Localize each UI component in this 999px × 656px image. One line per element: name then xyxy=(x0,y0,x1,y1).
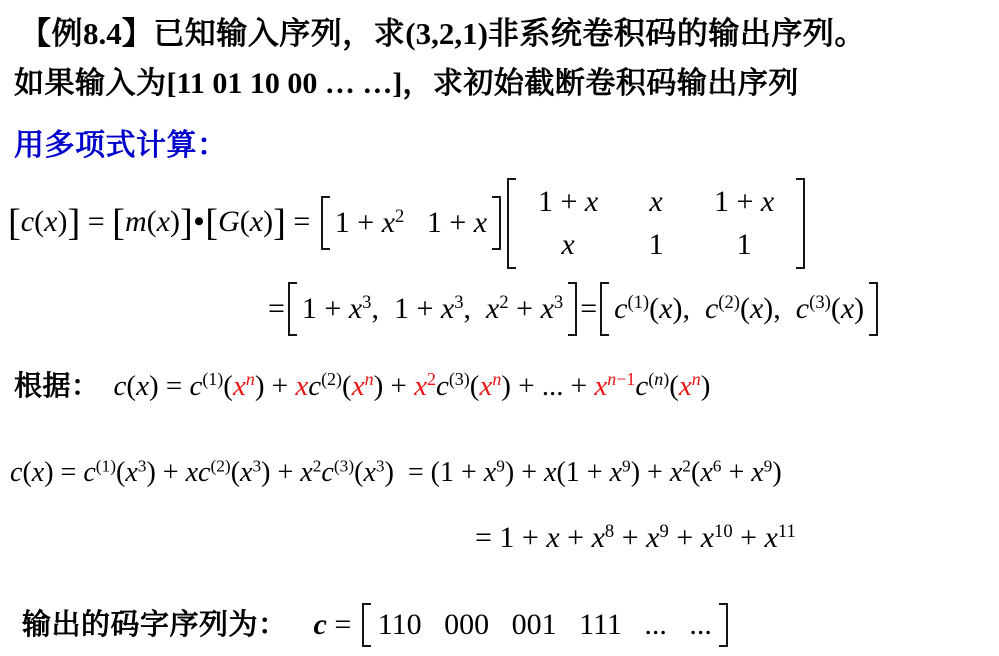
math-token: ( xyxy=(831,292,841,325)
right-bracket xyxy=(869,282,878,336)
math-token: c xyxy=(321,457,333,488)
math-token: (1) xyxy=(202,369,223,389)
math-token: x xyxy=(474,206,487,239)
math-token: x xyxy=(186,457,198,488)
subtitle: 如果输入为[11 01 10 00 … …]，求初始截断卷积码输出序列 xyxy=(14,58,799,102)
math-token: ( xyxy=(22,457,31,488)
right-bracket xyxy=(568,282,577,336)
right-bracket xyxy=(719,603,728,647)
section-heading: 用多项式计算： xyxy=(14,120,228,164)
math-token: 8.4 xyxy=(83,16,122,51)
math-token: 1 + xyxy=(427,206,474,239)
equation-result-vector: = 1 + x3, 1 + x3, x2 + x3 = c(1)(x), c(2… xyxy=(268,280,881,338)
output-c-equals: c = xyxy=(314,607,359,643)
math-token: 1 xyxy=(737,228,752,261)
page-title: 【例8.4】已知输入序列，求(3,2,1)非系统卷积码的输出序列。 xyxy=(20,8,866,53)
matrix-row: x11 xyxy=(524,227,788,263)
matrix-cell: 1 xyxy=(700,227,788,263)
math-token: (2) xyxy=(321,369,342,389)
math-token: ( xyxy=(231,457,240,488)
math-token: ( xyxy=(669,370,679,402)
math-token: + xyxy=(721,457,751,488)
math-token: 1 + xyxy=(714,185,761,218)
math-token: c xyxy=(189,370,202,402)
math-token: ( xyxy=(740,292,750,325)
matrix-grid: 1 + xx1 + xx11 xyxy=(516,178,796,269)
equation-substituted: c(x) = c(1)(x3) + xc(2)(x3) + x2c(3)(x3)… xyxy=(10,446,782,500)
left-bracket xyxy=(321,196,330,250)
math-token: (3) xyxy=(449,369,470,389)
matrix-cell: 1 xyxy=(612,227,700,263)
c-component-vector: c(1)(x), c(2)(x), c(3)(x) xyxy=(600,282,878,336)
matrix-cell: x xyxy=(612,184,700,220)
math-token: ) + ... + xyxy=(501,370,594,402)
math-token: x xyxy=(544,457,556,488)
math-token: x xyxy=(646,521,659,554)
math-token: x xyxy=(250,205,263,238)
output-label: 输出的码字序列为： xyxy=(22,608,288,643)
math-token: x xyxy=(561,228,574,261)
eq2-equals: = xyxy=(268,291,285,327)
slide: 【例8.4】已知输入序列，求(3,2,1)非系统卷积码的输出序列。 如果输入为[… xyxy=(0,0,999,656)
math-token: x xyxy=(240,457,252,488)
math-token: 8 xyxy=(605,521,614,542)
math-token xyxy=(404,206,427,239)
math-token: 1 + xyxy=(302,292,349,325)
math-token: • xyxy=(194,205,205,238)
math-token: ) = xyxy=(44,457,83,488)
math-token: ] xyxy=(180,202,193,244)
math-token: (1 + xyxy=(556,457,609,488)
math-token: x xyxy=(414,370,427,402)
math-token: −1 xyxy=(616,369,635,389)
math-token: x xyxy=(700,457,712,488)
math-token: x xyxy=(32,457,44,488)
math-token: = xyxy=(80,205,112,238)
math-token: x xyxy=(659,292,672,325)
math-token: ) xyxy=(57,205,67,238)
math-token: ( xyxy=(34,205,44,238)
substituted-formula: c(x) = c(1)(x3) + xc(2)(x3) + x2c(3)(x3)… xyxy=(10,456,782,490)
math-token: = xyxy=(580,292,597,325)
left-bracket xyxy=(600,282,609,336)
math-token: c xyxy=(21,205,34,238)
math-token: c xyxy=(796,292,809,325)
math-token: 2 xyxy=(499,292,508,313)
math-token: x xyxy=(592,521,605,554)
math-token: 3 xyxy=(554,292,563,313)
math-token: x xyxy=(441,292,454,325)
math-token: n xyxy=(492,369,501,389)
polynomial-vector: 1 + x3, 1 + x3, x2 + x3 xyxy=(288,282,577,336)
math-token: (3) xyxy=(809,292,831,313)
math-token: = xyxy=(286,205,318,238)
math-token: x xyxy=(585,185,598,218)
eq2-equals-2: = xyxy=(580,291,597,327)
math-token: 9 xyxy=(622,457,631,476)
final-polynomial: = 1 + x + x8 + x9 + x10 + x11 xyxy=(475,520,796,556)
math-token: x xyxy=(541,292,554,325)
math-token: ) + xyxy=(631,457,670,488)
math-token: x xyxy=(233,370,246,402)
math-token: [ xyxy=(112,202,125,244)
math-token: x xyxy=(594,370,607,402)
math-token: + xyxy=(509,292,541,325)
based-on-label: 根据： xyxy=(14,369,100,403)
math-token: x xyxy=(484,457,496,488)
math-token: ( xyxy=(342,370,352,402)
math-token: ( xyxy=(649,292,659,325)
codeword-sequence: 110 000 001 111 ... ... xyxy=(362,603,728,647)
math-token: x xyxy=(750,292,763,325)
math-token: ( xyxy=(223,370,233,402)
math-token: 1 xyxy=(649,228,664,261)
math-token: ) + xyxy=(146,457,185,488)
math-token: x xyxy=(751,457,763,488)
matrix-cell: x xyxy=(524,227,612,263)
math-token: ) + xyxy=(261,457,300,488)
math-token: (2) xyxy=(210,457,230,476)
math-token: ) + xyxy=(255,370,296,402)
output-codeword-line: 输出的码字序列为： c = 110 000 001 111 ... ... xyxy=(22,598,731,652)
math-token: x xyxy=(701,521,714,554)
math-token: + xyxy=(614,521,646,554)
math-token: , xyxy=(464,292,487,325)
right-bracket xyxy=(796,178,805,269)
math-token: ( xyxy=(147,205,157,238)
math-token: 2 xyxy=(682,457,691,476)
math-token: ) + xyxy=(505,457,544,488)
math-token: 10 xyxy=(714,521,733,542)
math-token: ( xyxy=(691,457,700,488)
math-token: (2) xyxy=(718,292,740,313)
math-token: ) xyxy=(854,292,864,325)
math-token: ] xyxy=(67,202,80,244)
math-token: 110 000 001 111 ... ... xyxy=(378,608,712,641)
math-token: 2 xyxy=(395,206,404,227)
equation-cx-matrix-product: [c(x)] = [m(x)]•[G(x)] = 1 + x2 1 + x 1 … xyxy=(8,176,808,270)
math-token: x xyxy=(157,205,170,238)
math-token: = xyxy=(327,608,359,641)
math-token: ( xyxy=(470,370,480,402)
math-token: 1 + xyxy=(335,206,382,239)
math-token: c xyxy=(10,457,22,488)
math-token: ) xyxy=(170,205,180,238)
math-token: G xyxy=(218,205,240,238)
math-token: 3 xyxy=(376,457,385,476)
math-token: n xyxy=(246,369,255,389)
math-token: ), xyxy=(672,292,705,325)
math-token: ) = xyxy=(149,370,190,402)
math-token: c xyxy=(635,370,648,402)
math-token: x xyxy=(649,185,662,218)
math-token: 3 xyxy=(252,457,261,476)
math-token: ) xyxy=(772,457,781,488)
eq1-prefix: [c(x)] = [m(x)]•[G(x)] = xyxy=(8,204,318,242)
math-token: + xyxy=(560,521,592,554)
math-token: n xyxy=(692,369,701,389)
math-token: n xyxy=(607,369,616,389)
math-token: c xyxy=(705,292,718,325)
equation-final-polynomial: = 1 + x + x8 + x9 + x10 + x11 xyxy=(475,510,796,566)
math-token: x xyxy=(841,292,854,325)
based-on-rule-line: 根据： c(x) = c(1)(xn) + xc(2)(xn) + x2c(3)… xyxy=(14,360,710,412)
math-token: 1 + xyxy=(538,185,585,218)
math-token: x xyxy=(136,370,149,402)
math-token: + xyxy=(669,521,701,554)
math-token: ( xyxy=(116,457,125,488)
math-token: 如果输入为 xyxy=(14,67,167,100)
math-token: ), xyxy=(763,292,796,325)
matrix-row: 1 + xx1 + x xyxy=(524,184,788,220)
math-token: 非系统卷积码的输出序列。 xyxy=(488,16,866,51)
math-token: c xyxy=(314,608,327,641)
math-token: c xyxy=(614,292,627,325)
codeword-sequence-content: 110 000 001 111 ... ... xyxy=(371,603,719,647)
math-token: = 1 + xyxy=(475,521,546,554)
math-token: x xyxy=(382,206,395,239)
math-token: x xyxy=(670,457,682,488)
left-bracket xyxy=(362,603,371,647)
math-token: n xyxy=(365,369,374,389)
math-token: m xyxy=(125,205,147,238)
math-token: 【例 xyxy=(20,16,83,51)
math-token: ( xyxy=(240,205,250,238)
math-token: (1) xyxy=(627,292,649,313)
math-token: c xyxy=(436,370,449,402)
message-row-vector: 1 + x2 1 + x xyxy=(321,196,501,250)
math-token: ) xyxy=(701,370,711,402)
math-token: n xyxy=(654,369,663,389)
math-token: c xyxy=(198,457,210,488)
math-token: [11 01 10 00 … …] xyxy=(167,67,403,100)
matrix-cell: 1 + x xyxy=(524,184,612,220)
math-token: x xyxy=(765,521,778,554)
math-token: + xyxy=(733,521,765,554)
math-token: x xyxy=(44,205,57,238)
math-token: 9 xyxy=(496,457,505,476)
math-token: 1 + xyxy=(394,292,441,325)
c-component-vector-content: c(1)(x), c(2)(x), c(3)(x) xyxy=(609,282,869,336)
interleaving-formula: c(x) = c(1)(xn) + xc(2)(xn) + x2c(3)(xn)… xyxy=(114,369,711,404)
math-token: c xyxy=(308,370,321,402)
math-token: x xyxy=(300,457,312,488)
generator-matrix: 1 + xx1 + xx11 xyxy=(507,178,805,269)
right-bracket xyxy=(492,196,501,250)
math-token: ] xyxy=(273,202,286,244)
math-token: (1) xyxy=(96,457,116,476)
math-token: (3,2,1) xyxy=(405,16,488,51)
math-token: x xyxy=(125,457,137,488)
math-token: x xyxy=(352,370,365,402)
math-token: c xyxy=(83,457,95,488)
matrix-cell: 1 + x xyxy=(700,184,788,220)
math-token: [ xyxy=(8,202,21,244)
math-token: x xyxy=(363,457,375,488)
math-token: ) + xyxy=(374,370,415,402)
math-token: , xyxy=(371,292,394,325)
math-token: x xyxy=(610,457,622,488)
math-token: ( xyxy=(126,370,136,402)
math-token: x xyxy=(349,292,362,325)
math-token: x xyxy=(546,521,559,554)
math-token: 】已知输入序列，求 xyxy=(122,16,406,51)
math-token: ) = (1 + xyxy=(385,457,484,488)
math-token: x xyxy=(295,370,308,402)
math-token: (3) xyxy=(334,457,354,476)
left-bracket xyxy=(288,282,297,336)
math-token: x xyxy=(479,370,492,402)
row-vector-content: 1 + x2 1 + x xyxy=(330,196,492,250)
math-token: 3 xyxy=(454,292,463,313)
math-token: x xyxy=(486,292,499,325)
math-token: 2 xyxy=(427,369,436,389)
math-token: x xyxy=(679,370,692,402)
left-bracket xyxy=(507,178,516,269)
math-token: 9 xyxy=(659,521,668,542)
math-token: x xyxy=(761,185,774,218)
math-token: c xyxy=(114,370,127,402)
math-token: = xyxy=(268,292,285,325)
math-token: 11 xyxy=(778,521,796,542)
math-token: ) xyxy=(263,205,273,238)
math-token: [ xyxy=(205,202,218,244)
math-token: ，求初始截断卷积码输出序列 xyxy=(402,67,799,100)
polynomial-vector-content: 1 + x3, 1 + x3, x2 + x3 xyxy=(297,282,568,336)
